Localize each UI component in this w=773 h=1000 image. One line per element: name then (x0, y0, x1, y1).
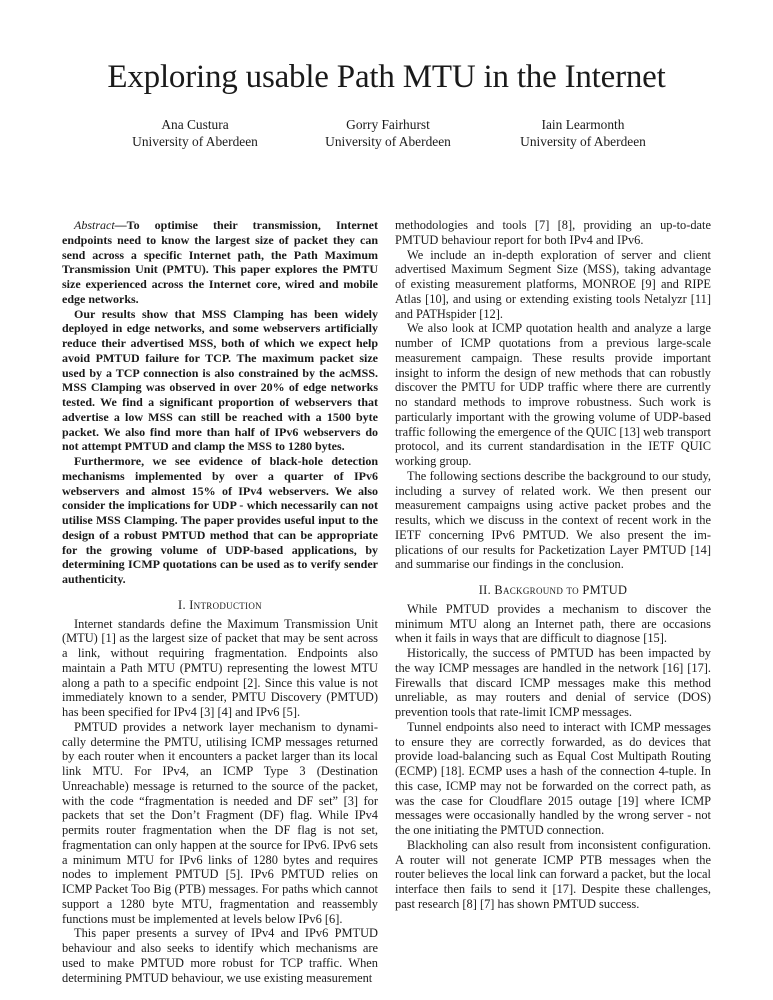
author-name: Iain Learmonth (483, 116, 683, 133)
author-name: Gorry Fairhurst (288, 116, 488, 133)
abstract-paragraph: Furthermore, we see evidence of black-ho… (62, 454, 378, 587)
right-column: methodologies and tools [7] [8], providi… (395, 218, 711, 912)
body-paragraph: The following sections describe the back… (395, 469, 711, 572)
abstract-label: Abstract (74, 218, 115, 232)
author-affiliation: University of Aberdeen (95, 133, 295, 150)
section-heading-introduction: I. Introduction (62, 598, 378, 613)
author-2: Gorry Fairhurst University of Aberdeen (288, 116, 488, 150)
body-paragraph: Blackholing can also result from inconsi… (395, 838, 711, 912)
author-block: Ana Custura University of Aberdeen Gorry… (0, 116, 773, 156)
body-paragraph: We include an in-depth exploration of se… (395, 248, 711, 322)
body-paragraph: Historically, the success of PMTUD has b… (395, 646, 711, 720)
section-heading-background: II. Background to PMTUD (395, 583, 711, 598)
body-paragraph: This paper presents a survey of IPv4 and… (62, 926, 378, 985)
author-name: Ana Custura (95, 116, 295, 133)
body-paragraph: methodologies and tools [7] [8], providi… (395, 218, 711, 248)
paper-title: Exploring usable Path MTU in the Interne… (0, 57, 773, 97)
body-paragraph: Internet standards define the Maximum Tr… (62, 617, 378, 720)
body-paragraph: Tunnel endpoints also need to interact w… (395, 720, 711, 838)
abstract-paragraph: Our results show that MSS Clamping has b… (62, 307, 378, 455)
left-column: Abstract—To optimise their transmission,… (62, 218, 378, 985)
body-paragraph: While PMTUD provides a mechanism to disc… (395, 602, 711, 646)
author-affiliation: University of Aberdeen (483, 133, 683, 150)
author-affiliation: University of Aberdeen (288, 133, 488, 150)
abstract: Abstract—To optimise their transmission,… (62, 218, 378, 587)
author-3: Iain Learmonth University of Aberdeen (483, 116, 683, 150)
paper-page: Exploring usable Path MTU in the Interne… (0, 0, 773, 1000)
abstract-paragraph: Abstract—To optimise their transmission,… (62, 218, 378, 307)
body-paragraph: We also look at ICMP quotation health an… (395, 321, 711, 469)
author-1: Ana Custura University of Aberdeen (95, 116, 295, 150)
body-paragraph: PMTUD provides a network layer mechanism… (62, 720, 378, 927)
